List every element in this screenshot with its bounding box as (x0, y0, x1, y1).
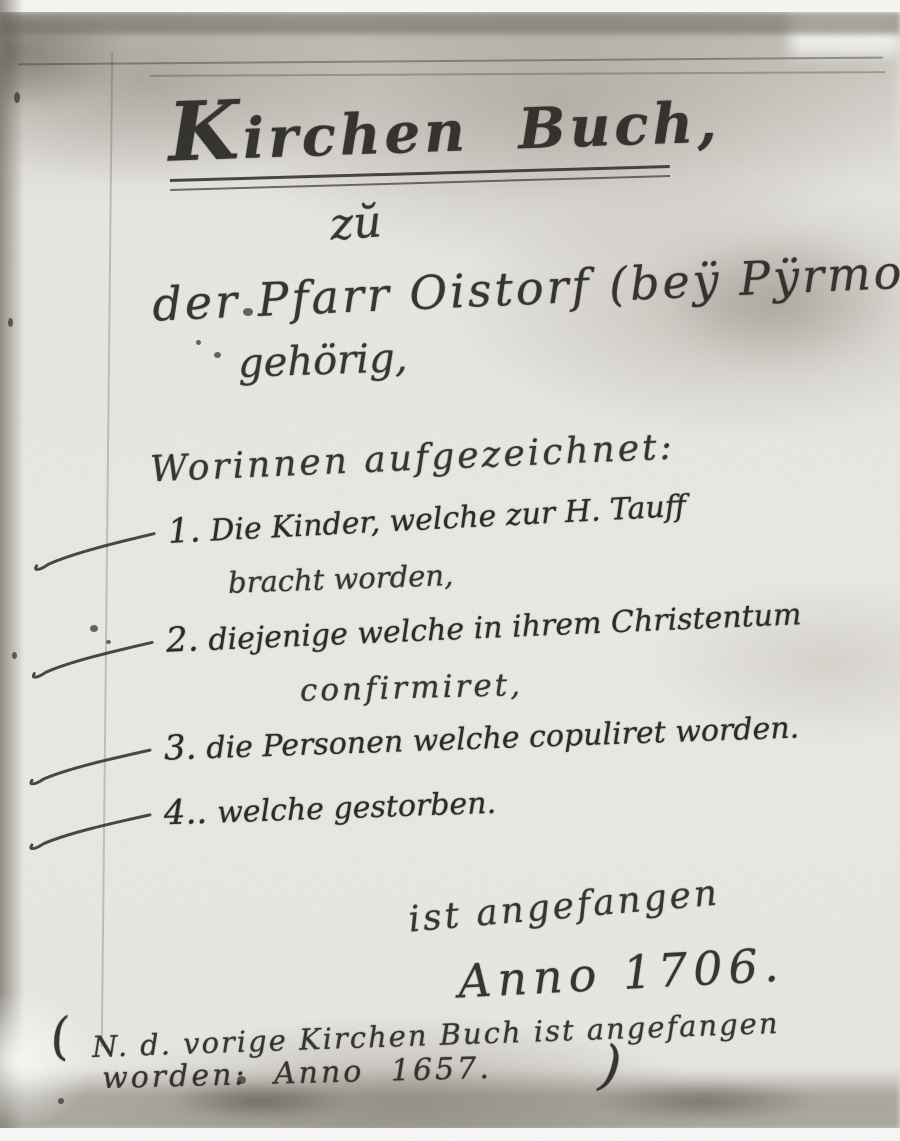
top-right-highlight (790, 0, 900, 55)
belonging-line: gehörig, (237, 335, 408, 387)
item-text: diejenige welche in ihrem Christentum (208, 593, 803, 658)
flourish-stroke-icon (28, 528, 160, 571)
list-item-4: 4.. welche gestorben. (23, 782, 497, 850)
closing-line-anno-1706: Anno 1706. (457, 937, 786, 1008)
list-item-2: 2. diejenige welche in ihrem Christentum (25, 593, 802, 679)
item-text: welche gestorben. (216, 782, 496, 831)
list-heading: Worinnen aufgezeichnet: (149, 427, 675, 491)
list-item-1: 1. Die Kinder, welche zur H. Tauff (27, 485, 687, 571)
closing-line-started: ist angefangen (407, 872, 722, 940)
top-edge-shadow (0, 12, 900, 34)
page-title: Kirchen Buch, (167, 66, 722, 180)
scanned-page: Kirchen Buch, zŭ der Pfarr Oistorf (beÿ … (0, 0, 900, 1141)
scratch-line (18, 57, 883, 66)
ink-speck (196, 340, 201, 345)
ink-speck (8, 318, 13, 327)
bottom-white-strip (0, 1128, 900, 1141)
left-edge-shadow (0, 0, 24, 1141)
flourish-stroke-icon (24, 745, 155, 786)
ink-speck (214, 352, 221, 358)
item-number: 2. (165, 619, 199, 660)
flourish-stroke-icon (26, 637, 157, 679)
ink-speck (14, 92, 20, 103)
flourish-stroke-icon (24, 810, 155, 851)
footnote-open-paren: ( (46, 1007, 73, 1067)
dedication-line: zŭ (328, 196, 383, 250)
list-item-3: 3. die Personen welche copuliret worden. (23, 706, 800, 785)
item-number: 4.. (163, 792, 208, 833)
item-1-continuation: bracht worden, (227, 558, 453, 600)
item-2-continuation: confirmiret, (300, 667, 524, 709)
parish-line: der Pfarr Oistorf (beÿ Pÿrmont (151, 242, 900, 331)
ink-speck (12, 652, 17, 659)
top-white-strip (0, 0, 900, 12)
item-number: 3. (163, 728, 197, 769)
item-text: die Personen welche copuliret worden. (206, 706, 800, 766)
ink-speck (58, 1098, 64, 1104)
item-number: 1. (167, 510, 202, 552)
bottom-stain (590, 1080, 820, 1122)
top-left-corner-shadow (0, 18, 130, 113)
item-text: Die Kinder, welche zur H. Tauff (209, 485, 687, 549)
